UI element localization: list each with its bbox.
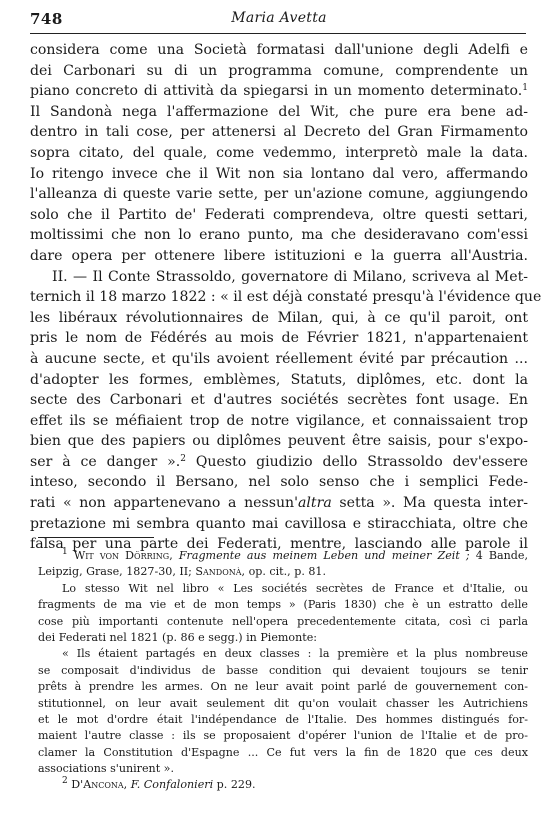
body-line: bien que des papiers ou diplômes peuvent… bbox=[30, 431, 528, 452]
footnote-2: 2 D'Ancona, F. Confalonieri p. 229. bbox=[38, 777, 528, 793]
body-line: l'alleanza di queste varie sette, per un… bbox=[30, 184, 528, 205]
body-line: effet ils se méfiaient trop de notre vig… bbox=[30, 411, 528, 432]
footnote-1: 1 Wit von Dörring, Fragmente aus meinem … bbox=[38, 548, 528, 564]
header-rule bbox=[30, 33, 526, 34]
body-line: pretazione mi sembra quanto mai cavillos… bbox=[30, 514, 528, 535]
footnote-author: Sandonà, bbox=[195, 565, 245, 578]
footnote-text: Leipzig, Grase, 1827-30, II; bbox=[38, 565, 195, 578]
page-header: 748 Maria Avetta bbox=[30, 8, 528, 32]
body-line: dei Carbonari su di un programma comune,… bbox=[30, 61, 528, 82]
footnote-line: prêts à prendre les armes. On ne leur av… bbox=[38, 679, 528, 695]
footnote-line: cose più importanti contenute nell'opera… bbox=[38, 614, 528, 630]
body-line-text: setta ». Ma questa inter- bbox=[332, 495, 528, 511]
footnote-text: p. 229. bbox=[213, 778, 255, 791]
footnote-line: dei Federati nel 1821 (p. 86 e segg.) in… bbox=[38, 630, 528, 646]
footnote-author: D'Ancona, bbox=[71, 778, 127, 791]
body-line: ser à ce danger ».2 Questo giudizio dell… bbox=[30, 452, 528, 473]
footnotes: 1 Wit von Dörring, Fragmente aus meinem … bbox=[38, 548, 528, 794]
footnote-line: Lo stesso Wit nel libro « Les sociétés s… bbox=[38, 581, 528, 597]
body-line: à aucune secte, et qu'ils avoient réelle… bbox=[30, 349, 528, 370]
body-line: dentro in tali cose, per attenersi al De… bbox=[30, 122, 528, 143]
footnote-rule bbox=[38, 537, 154, 538]
body-line: considera come una Società formatasi dal… bbox=[30, 40, 528, 61]
footnote-quote: « Ils étaient partagés en deux classes :… bbox=[38, 646, 528, 662]
body-line-text: piano concreto di attività da spiegarsi … bbox=[30, 83, 522, 99]
footnote-author: Wit von Dörring, bbox=[74, 549, 173, 562]
footnote-marker: 2 bbox=[62, 776, 68, 786]
section-ii-start: II. — Il Conte Strassoldo, governatore d… bbox=[30, 267, 528, 288]
body-line: piano concreto di attività da spiegarsi … bbox=[30, 81, 528, 102]
footnote-title: F. Confalonieri bbox=[131, 778, 213, 791]
footnote-text: 4 Bande, bbox=[470, 549, 528, 562]
footnote-text: op. cit., p. 81. bbox=[245, 565, 326, 578]
body-line-text: rati « non appartenevano a nessun' bbox=[30, 495, 298, 511]
body-line: sopra citato, del quale, come vedemmo, i… bbox=[30, 143, 528, 164]
footnote-line: fragments de ma vie et de mon temps » (P… bbox=[38, 597, 528, 613]
body-text: considera come una Società formatasi dal… bbox=[30, 40, 528, 555]
italic-word: altra bbox=[298, 495, 332, 511]
body-line: pris le nom de Fédérés au mois de Févrie… bbox=[30, 328, 528, 349]
body-line: Io ritengo invece che il Wit non sia lon… bbox=[30, 164, 528, 185]
body-line: solo che il Partito de' Federati compren… bbox=[30, 205, 528, 226]
footnote-line: clamer la Constitution d'Espagne ... Ce … bbox=[38, 745, 528, 761]
running-head: Maria Avetta bbox=[30, 10, 528, 26]
footnote-line: et le mot d'ordre était l'indépendance d… bbox=[38, 712, 528, 728]
body-line: dare opera per ottenere libere istituzio… bbox=[30, 246, 528, 267]
body-line: les libéraux révolutionnaires de Milan, … bbox=[30, 308, 528, 329]
footnote-line: maient l'autre classe : ils se proposaie… bbox=[38, 728, 528, 744]
footnote-title: Fragmente aus meinem Leben und meiner Ze… bbox=[179, 549, 470, 562]
body-line-text: Questo giudizio dello Strassoldo dev'ess… bbox=[186, 454, 528, 470]
body-line: secte des Carbonari et d'autres sociétés… bbox=[30, 390, 528, 411]
body-line: Il Sandonà nega l'affermazione del Wit, … bbox=[30, 102, 528, 123]
body-line: moltissimi che non lo erano punto, ma ch… bbox=[30, 225, 528, 246]
footnote-line: stitutionnel, on leur avait seulement di… bbox=[38, 696, 528, 712]
body-line: inteso, secondo il Bersano, nel solo sen… bbox=[30, 472, 528, 493]
footnote-line: associations s'unirent ». bbox=[38, 761, 528, 777]
body-line: ternich il 18 marzo 1822 : « il est déjà… bbox=[30, 287, 528, 308]
footnote-line: se composait d'individus de basse condit… bbox=[38, 663, 528, 679]
body-line: d'adopter les formes, emblèmes, Statuts,… bbox=[30, 370, 528, 391]
footnote-1-line2: Leipzig, Grase, 1827-30, II; Sandonà, op… bbox=[38, 564, 528, 580]
body-line-text: ser à ce danger ». bbox=[30, 454, 180, 470]
footnote-marker: 1 bbox=[62, 547, 68, 557]
document-page: 748 Maria Avetta considera come una Soci… bbox=[0, 0, 550, 824]
footnote-ref-1[interactable]: 1 bbox=[522, 83, 528, 93]
body-line: rati « non appartenevano a nessun'altra … bbox=[30, 493, 528, 514]
